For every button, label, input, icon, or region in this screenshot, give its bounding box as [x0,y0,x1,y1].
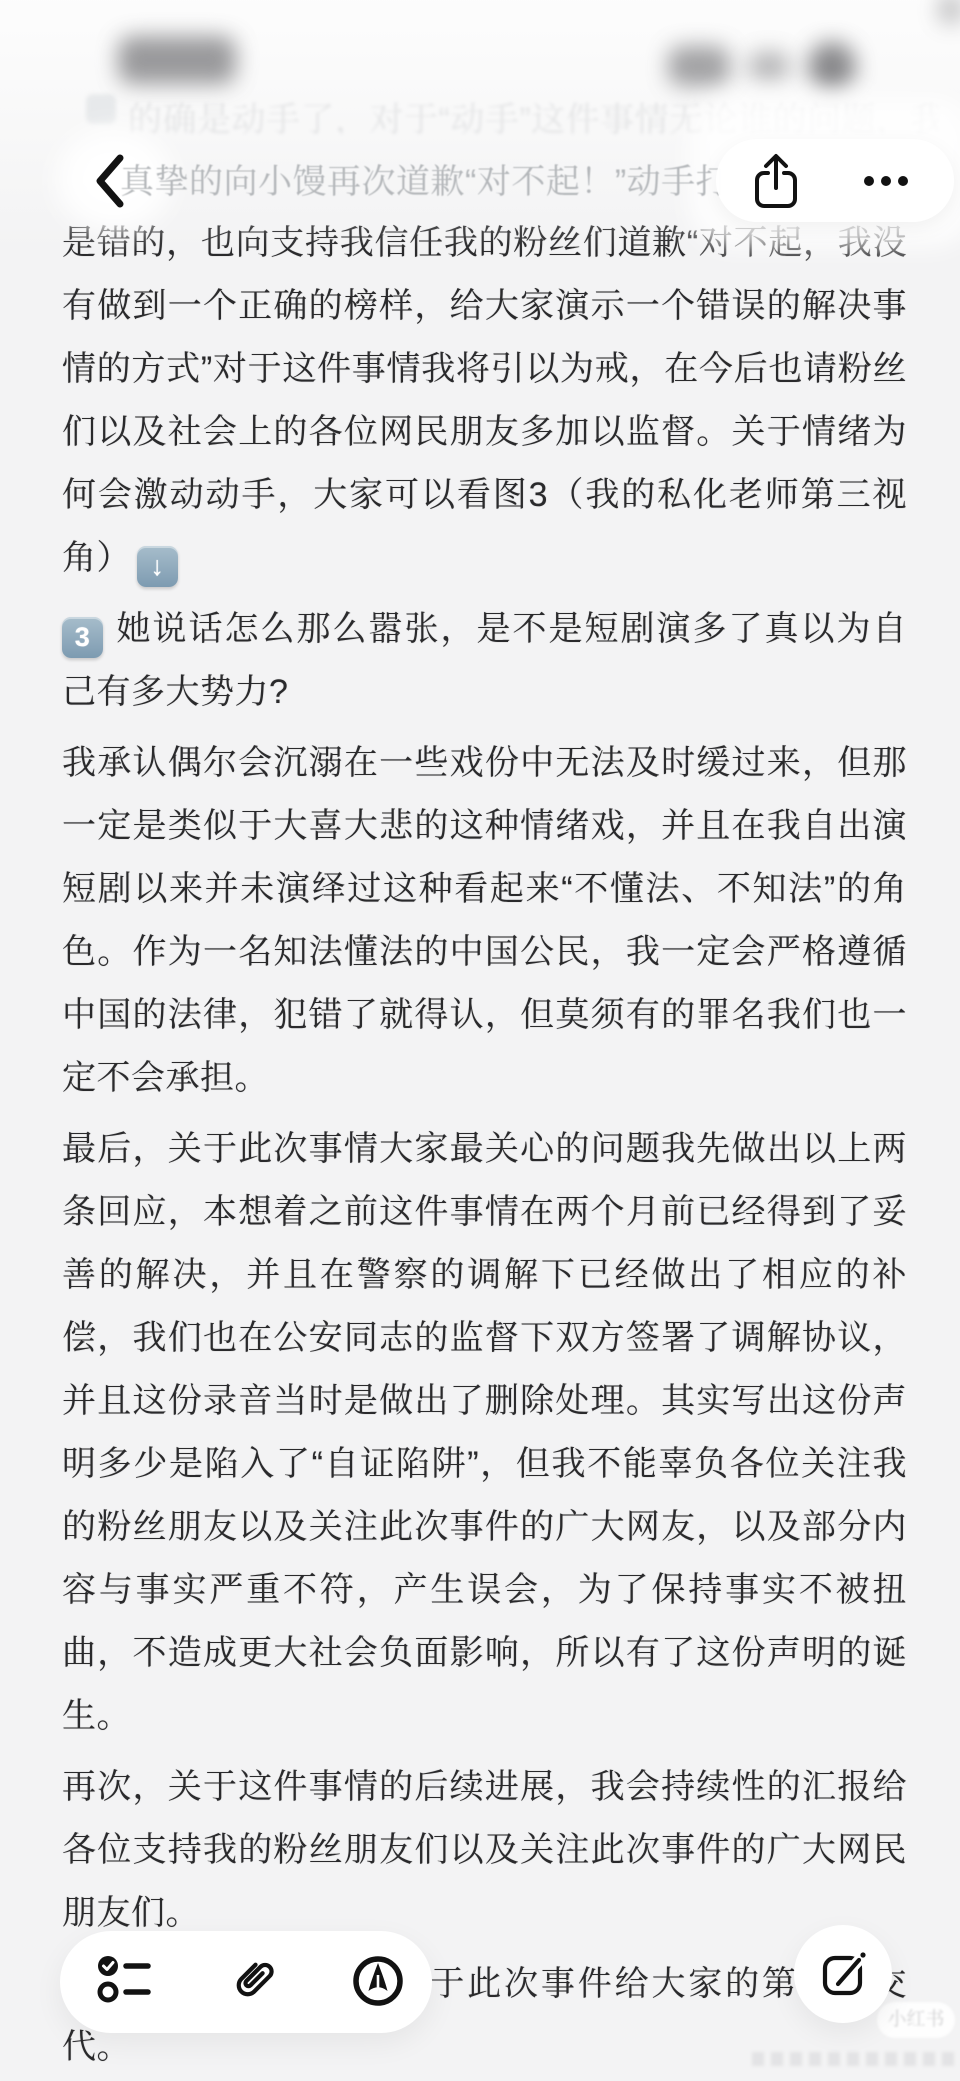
statement-paragraph-1: 是错的，也向支持我信任我的粉丝们道歉“对不起，我没有做到一个正确的榜样，给大家演… [62,212,907,590]
nav-title-faded: 真挚的向小馒再次道歉“对不起！”动手打 [120,160,720,204]
blurred-status-item-2 [748,52,790,80]
paragraph-text: 再次，关于这件事情的后续进展，我会持续性的汇报给各位支持我的粉丝朋友们以及关注此… [62,1768,907,1932]
blurred-username [118,36,236,84]
share-button[interactable] [753,152,799,210]
navigate-button[interactable] [350,1953,406,2009]
chevron-left-icon [88,152,132,210]
blurred-corner-item [938,0,960,24]
ellipsis-icon [862,172,910,190]
checklist-icon [96,1953,152,2005]
watermark-brand-badge: 小红书 [877,2002,955,2038]
paragraph-text: 我承认偶尔会沉溺在一些戏份中无法及时缓过来，但那一定是类似于大喜大悲的这种情绪戏… [62,744,907,1097]
blurred-avatar [808,42,856,90]
pen-compass-icon [350,1953,406,2009]
statement-paragraph-2: 3她说话怎么那么嚣张，是不是短剧演多了真以为自己有多大势力? [62,598,907,724]
statement-paragraph-4: 最后，关于此次事情大家最关心的问题我先做出以上两条回应，本想着之前这件事情在两个… [62,1118,907,1748]
down-arrow-emoji: ↓ [137,546,178,587]
more-options-button[interactable] [862,172,910,190]
back-button[interactable] [88,152,132,210]
statement-paragraph-5: 再次，关于这件事情的后续进展，我会持续性的汇报给各位支持我的粉丝朋友们以及关注此… [62,1756,907,1945]
blurred-status-item-1 [668,46,730,86]
keycap-3-emoji: 3 [62,617,103,658]
compose-icon [820,1950,868,1998]
post-detail-screen: 的确是动手了，对于“动手”这件事情无论谁的问题，我 真挚的向小馒再次道歉“对不起… [0,0,960,2081]
checklist-button[interactable] [96,1953,152,2009]
paperclip-icon [224,1953,280,2009]
statement-paragraph-3: 我承认偶尔会沉溺在一些戏份中无法及时缓过来，但那一定是类似于大喜大悲的这种情绪戏… [62,732,907,1110]
faded-keycap-badge [86,94,116,124]
paragraph-text: 是错的，也向支持我信任我的粉丝们道歉“对不起，我没有做到一个正确的榜样，给大家演… [62,224,907,577]
watermark-id-blur [752,2052,957,2066]
share-icon [753,152,799,210]
paragraph-text: 最后，关于此次事情大家最关心的问题我先做出以上两条回应，本想着之前这件事情在两个… [62,1130,907,1735]
nav-actions-pill [716,139,954,222]
attachment-button[interactable] [224,1953,280,2009]
statement-text: 是错的，也向支持我信任我的粉丝们道歉“对不起，我没有做到一个正确的榜样，给大家演… [62,212,907,2079]
paragraph-text: 她说话怎么那么嚣张，是不是短剧演多了真以为自己有多大势力? [62,610,907,711]
compose-button[interactable] [820,1950,868,1998]
